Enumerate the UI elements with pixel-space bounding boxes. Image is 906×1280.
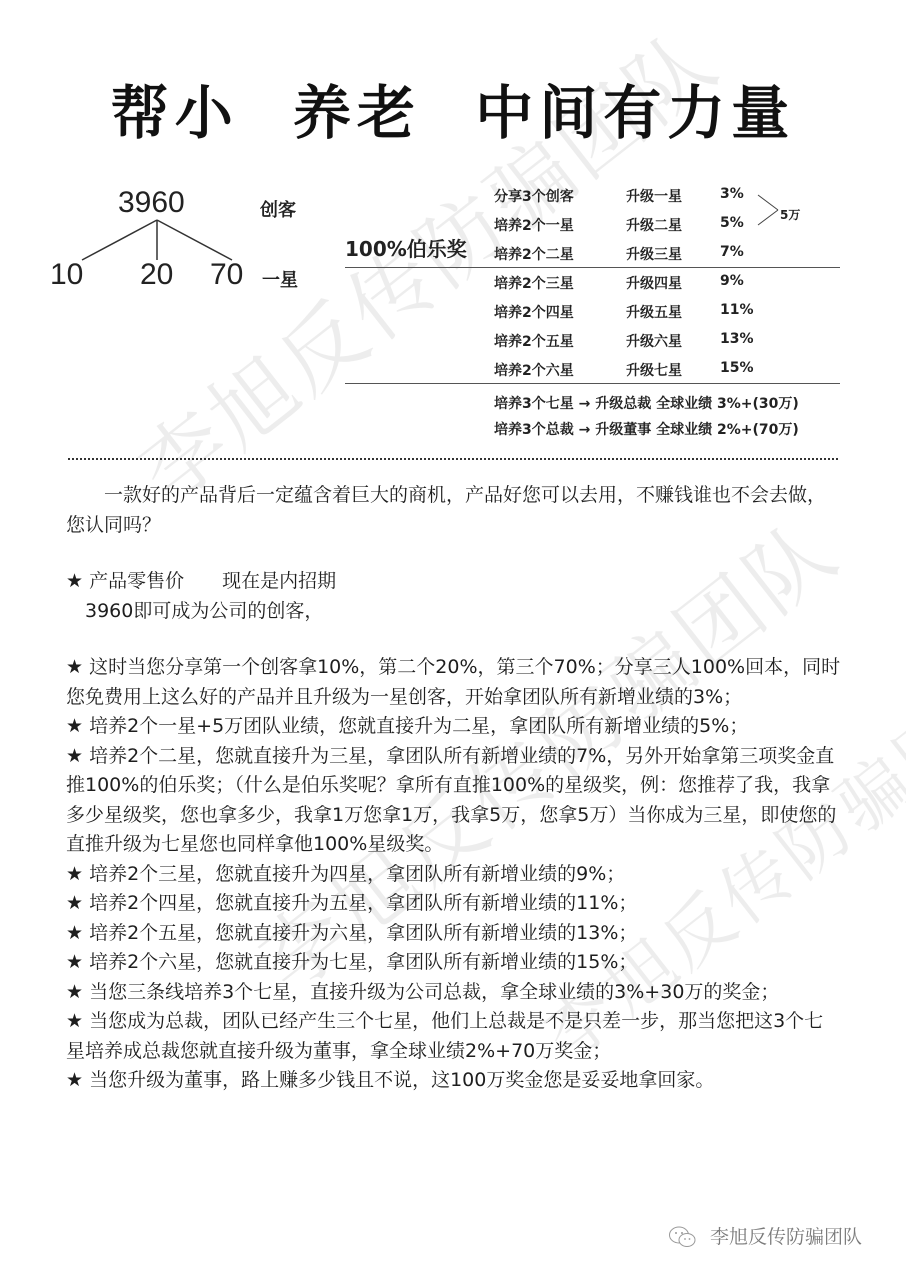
- bullet-list: ★ 这时当您分享第一个创客拿10%，第二个20%，第三个70%；分享三人100%…: [66, 653, 842, 1096]
- footer-account-name: 李旭反传防骗团队: [710, 1226, 862, 1248]
- bullet-item: ★ 当您成为总裁，团队已经产生三个七星，他们上总裁是不是只差一步，那当您把这3个…: [66, 1007, 842, 1066]
- price-block: ★ 产品零售价 现在是内招期 3960即可成为公司的创客，: [66, 567, 842, 626]
- rank-percent: 11%: [720, 302, 770, 318]
- rank-upgrade: 升级二星: [626, 215, 716, 235]
- divider: [345, 267, 840, 268]
- rank-condition: 培养2个六星: [494, 360, 624, 380]
- bullet-item: ★ 当您三条线培养3个七星，直接升级为公司总裁，拿全球业绩的3%+30万的奖金；: [66, 978, 842, 1008]
- title-part: 帮小: [111, 79, 239, 147]
- rank-condition: 培养2个二星: [494, 244, 624, 264]
- rank-condition: 培养2个一星: [494, 215, 624, 235]
- tree-child: 70: [210, 258, 243, 292]
- bole-award-label: 100%伯乐奖: [345, 233, 467, 262]
- rank-percent: 13%: [720, 331, 770, 347]
- page-title: 帮小 养老 中间有力量: [0, 66, 906, 150]
- intro-paragraph: 一款好的产品背后一定蕴含着巨大的商机，产品好您可以去用，不赚钱谁也不会去做，您认…: [66, 481, 842, 540]
- tree-child: 20: [140, 258, 173, 292]
- bullet-item: ★ 培养2个三星，您就直接升为四星，拿团队所有新增业绩的9%；: [66, 860, 842, 890]
- bullet-item: ★ 培养2个一星+5万团队业绩，您就直接升为二星，拿团队所有新增业绩的5%；: [66, 712, 842, 742]
- rank-condition: 培养2个四星: [494, 302, 624, 322]
- bullet-item: ★ 培养2个五星，您就直接升为六星，拿团队所有新增业绩的13%；: [66, 919, 842, 949]
- rank-condition: 培养2个五星: [494, 331, 624, 351]
- bullet-item: ★ 培养2个六星，您就直接升为七星，拿团队所有新增业绩的15%；: [66, 948, 842, 978]
- rank-percent: 15%: [720, 360, 770, 376]
- rank-percent: 9%: [720, 273, 770, 289]
- bullet-item: ★ 这时当您分享第一个创客拿10%，第二个20%，第三个70%；分享三人100%…: [66, 653, 842, 712]
- rank-percent: 7%: [720, 244, 770, 260]
- rank-condition: 培养2个三星: [494, 273, 624, 293]
- tree-children-label: 一星: [262, 266, 298, 292]
- divider: [345, 383, 840, 384]
- final-rank-row: 培养3个总裁 → 升级董事 全球业绩 2%+(70万): [494, 419, 799, 439]
- footer-account: 李旭反传防骗团队: [668, 1222, 862, 1251]
- rank-upgrade: 升级六星: [626, 331, 716, 351]
- rank-upgrade: 升级四星: [626, 273, 716, 293]
- brace-label: 5万: [780, 206, 800, 223]
- rank-upgrade: 升级七星: [626, 360, 716, 380]
- wechat-icon: [668, 1225, 698, 1251]
- bullet-item: ★ 培养2个四星，您就直接升为五星，拿团队所有新增业绩的11%；: [66, 889, 842, 919]
- bullet-item: ★ 培养2个二星，您就直接升为三星，拿团队所有新增业绩的7%，另外开始拿第三项奖…: [66, 742, 842, 860]
- body-intro: 一款好的产品背后一定蕴含着巨大的商机，产品好您可以去用，不赚钱谁也不会去做，您认…: [66, 481, 842, 540]
- bullet-item: ★ 当您升级为董事，路上赚多少钱且不说，这100万奖金您是妥妥地拿回家。: [66, 1066, 842, 1096]
- title-part: 中间有力量: [475, 79, 795, 147]
- dotted-separator: [68, 458, 838, 460]
- rank-upgrade: 升级五星: [626, 302, 716, 322]
- tree-child: 10: [50, 258, 83, 292]
- rank-upgrade: 升级三星: [626, 244, 716, 264]
- price-line-2: 3960即可成为公司的创客，: [66, 597, 842, 627]
- final-rank-row: 培养3个七星 → 升级总裁 全球业绩 3%+(30万): [494, 393, 799, 413]
- rank-upgrade: 升级一星: [626, 186, 716, 206]
- title-part: 养老: [293, 79, 421, 147]
- price-line: ★ 产品零售价 现在是内招期: [66, 567, 842, 597]
- rank-condition: 分享3个创客: [494, 186, 624, 206]
